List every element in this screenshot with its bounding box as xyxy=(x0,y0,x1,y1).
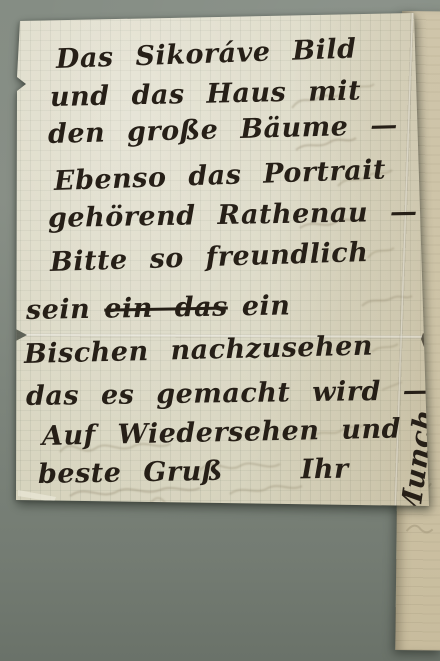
letter-page-surface: Das Sikoráve Bild und das Haus mit den g… xyxy=(0,0,440,661)
photo-backdrop: Das Sikoráve Bild und das Haus mit den g… xyxy=(0,0,440,661)
tear-marks xyxy=(0,0,440,661)
letter-page: Das Sikoráve Bild und das Haus mit den g… xyxy=(0,0,440,661)
